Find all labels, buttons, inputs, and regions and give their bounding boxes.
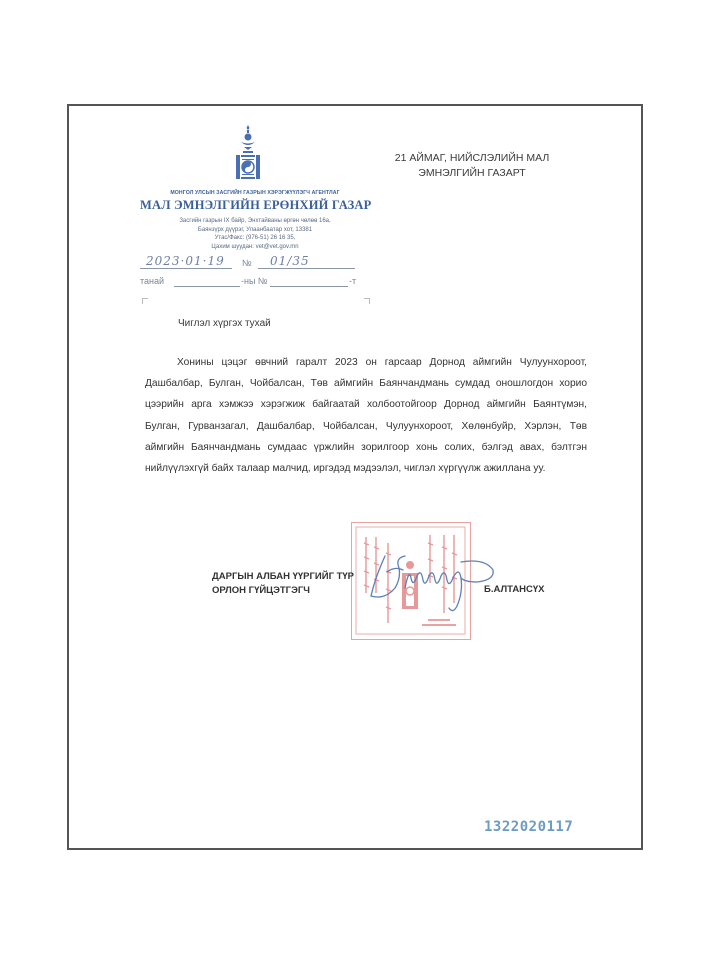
corner-mark (142, 298, 148, 304)
phone-fax-line: Утас/Факс: (976-51) 26 16 35, (140, 234, 370, 243)
email-line: Цахим шуудан: vet@vet.gov.mn (140, 243, 370, 252)
your-reference-label: танай (140, 276, 164, 286)
recipient-line-2: ЭМНЭЛГИЙН ГАЗАРТ (372, 166, 572, 181)
recipient-line-1: 21 АЙМАГ, НИЙСЛЭЛИЙН МАЛ (372, 151, 572, 166)
your-reference-suffix: -т (349, 276, 356, 286)
signer-title: ДАРГЫН АЛБАН ҮҮРГИЙГ ТҮР ОРЛОН ГҮЙЦЭТГЭГ… (212, 570, 354, 598)
incoming-reference-line: танай -ны № -т (140, 274, 355, 288)
recipient-address: 21 АЙМАГ, НИЙСЛЭЛИЙН МАЛ ЭМНЭЛГИЙН ГАЗАР… (372, 151, 572, 181)
handwritten-number: 01/35 (270, 254, 310, 268)
address-line-1: Засгийн газрын IX байр, Энхтайваны өргөн… (140, 217, 370, 226)
agency-subtitle: МОНГОЛ УЛСЫН ЗАСГИЙН ГАЗРЫН ХЭРЭГЖҮҮЛЭГЧ… (140, 190, 370, 196)
corner-mark (364, 298, 370, 304)
soyombo-emblem-icon (232, 124, 264, 182)
address-line-2: Баянзүрх дүүрэг, Улаанбаатар хот, 13381 (140, 226, 370, 235)
outgoing-reference-line: 2023·01·19 № 01/35 (140, 256, 355, 270)
handwritten-date: 2023·01·19 (146, 254, 225, 268)
your-number-label: -ны № (241, 276, 268, 286)
signer-title-line-2: ОРЛОН ГҮЙЦЭТГЭГЧ (212, 584, 354, 598)
letter-subject: Чиглэл хүргэх тухай (178, 318, 271, 329)
document-registration-number: 1322020117 (484, 819, 573, 835)
letter-body: Хонины цэцэг өвчний гаралт 2023 он гарса… (145, 352, 587, 479)
number-label: № (242, 258, 252, 268)
handwritten-signature-icon (365, 548, 500, 618)
organization-name: МАЛ ЭМНЭЛГИЙН ЕРӨНХИЙ ГАЗАР (140, 198, 370, 213)
organization-contact-details: Засгийн газрын IX байр, Энхтайваны өргөн… (140, 217, 370, 251)
signer-title-line-1: ДАРГЫН АЛБАН ҮҮРГИЙГ ТҮР (212, 570, 354, 584)
